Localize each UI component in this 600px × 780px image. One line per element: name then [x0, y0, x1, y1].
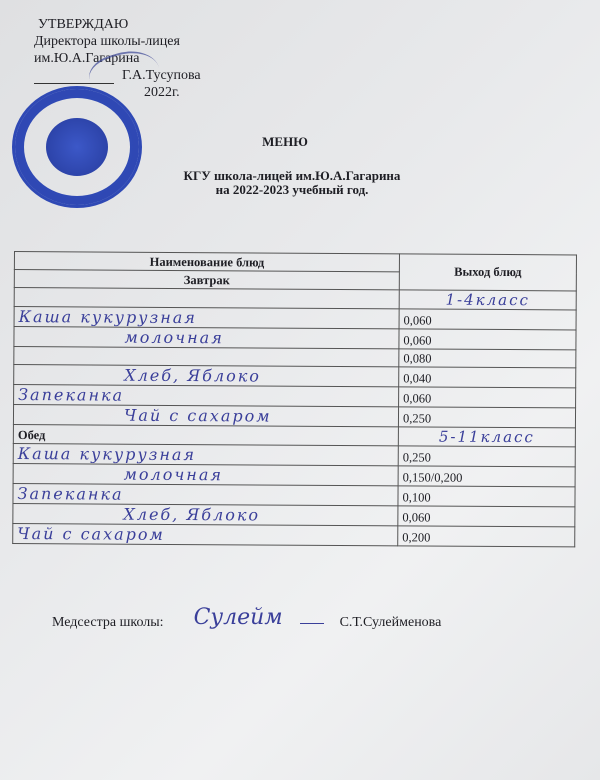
document-title: МЕНЮ: [0, 134, 585, 150]
dish-yield: 0,060: [399, 329, 576, 350]
table-row: Каша кукурузная0,060: [14, 307, 576, 330]
dish-yield: 0,200: [398, 526, 575, 547]
menu-table: Наименование блюдВыход блюдЗавтрак1-4кла…: [12, 251, 577, 547]
dish-name: Каша кукурузная: [14, 307, 399, 329]
dish-yield: 0,250: [398, 446, 575, 467]
section-name: Завтрак: [14, 270, 399, 290]
dish-name: молочная: [14, 327, 399, 349]
subtitle-line-1: КГУ школа-лицей им.Ю.А.Гагарина: [0, 169, 592, 183]
empty-cell: [14, 288, 399, 309]
dish-name: Чай с сахаром: [13, 405, 398, 427]
dish-name: Хлеб, Яблоко: [14, 365, 399, 387]
dish-yield: 0,080: [399, 349, 576, 368]
dish-yield: 0,060: [399, 309, 576, 330]
dish-yield: 0,060: [398, 506, 575, 527]
document-subtitle: КГУ школа-лицей им.Ю.А.Гагарина на 2022-…: [0, 169, 592, 197]
dish-yield: 0,040: [399, 367, 576, 388]
subtitle-line-2: на 2022-2023 учебный год.: [0, 183, 592, 197]
nurse-signoff: Медсестра школы: Сулейм С.Т.Сулейменова: [52, 605, 441, 641]
column-header-dish: Наименование блюд: [14, 252, 399, 272]
dish-yield: 0,150/0,200: [398, 466, 575, 487]
dish-name: Запеканка: [13, 483, 398, 505]
dish-name: Каша кукурузная: [13, 443, 398, 465]
column-header-yield: Выход блюд: [399, 254, 576, 291]
dish-name: Чай с сахаром: [13, 523, 398, 545]
table-row: Чай с сахаром0,200: [13, 523, 575, 546]
grade-note: 5-11класс: [398, 427, 575, 447]
approval-position: Директора школы-лицея: [34, 33, 201, 50]
dish-name: Хлеб, Яблоко: [13, 503, 398, 525]
nurse-name: С.Т.Сулейменова: [340, 615, 442, 631]
nurse-label: Медсестра школы:: [52, 615, 164, 631]
dish-yield: 0,100: [398, 486, 575, 507]
nurse-signature: Сулейм: [194, 605, 324, 641]
dish-name: [14, 347, 399, 367]
table-row: Запеканка0,060: [14, 385, 576, 408]
dish-name: Запеканка: [14, 385, 399, 407]
approval-heading: УТВЕРЖДАЮ: [38, 16, 201, 33]
table-row: Запеканка0,100: [13, 483, 575, 506]
dish-yield: 0,060: [399, 387, 576, 408]
table-row: Каша кукурузная0,250: [13, 443, 575, 466]
section-name: Обед: [13, 424, 398, 445]
grade-note: 1-4класс: [399, 290, 576, 310]
dish-yield: 0,250: [398, 407, 575, 428]
dish-name: молочная: [13, 463, 398, 485]
